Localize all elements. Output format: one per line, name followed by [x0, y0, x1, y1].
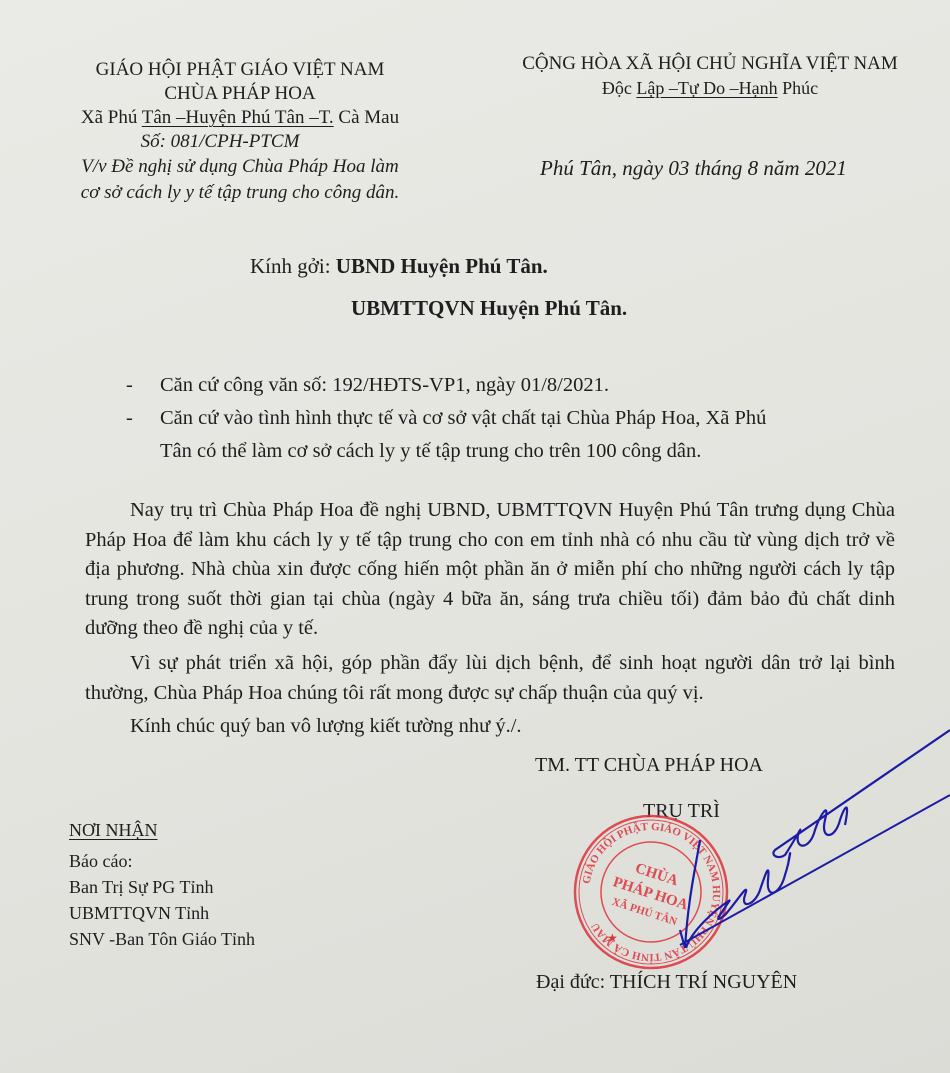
motto-prefix: Độc — [602, 78, 637, 98]
distribution-item: SNV -Ban Tôn Giáo Tỉnh — [69, 929, 255, 950]
request-paragraph: Nay trụ trì Chùa Pháp Hoa đề nghị UBND, … — [85, 496, 895, 644]
request-text: Nay trụ trì Chùa Pháp Hoa đề nghị UBND, … — [85, 499, 895, 639]
recipient-2: UBMTTQVN Huyện Phú Tân. — [351, 296, 627, 321]
motto-underlined: Lập –Tự Do –Hạnh — [636, 78, 777, 98]
subject-line-2: cơ sở cách ly y tế tập trung cho công dâ… — [30, 180, 450, 206]
subject-line-1: V/v Đề nghị sử dụng Chùa Pháp Hoa làm — [30, 154, 450, 180]
address-underlined: Tân –Huyện Phú Tân –T. — [142, 107, 334, 128]
salutation: Kính gởi: — [250, 254, 336, 278]
purpose-text: Vì sự phát triển xã hội, góp phần đẩy lù… — [85, 652, 895, 704]
national-header: CỘNG HÒA XÃ HỘI CHỦ NGHĨA VIỆT NAM Độc L… — [470, 52, 950, 100]
basis-2-line-2: Tân có thể làm cơ sở cách ly y tế tập tr… — [160, 436, 701, 466]
address-suffix: Cà Mau — [334, 107, 399, 128]
recipient-line-1: Kính gởi: UBND Huyện Phú Tân. — [250, 254, 548, 279]
bullet-dash: - — [126, 403, 133, 433]
bullet-dash: - — [126, 370, 133, 400]
purpose-paragraph: Vì sự phát triển xã hội, góp phần đẩy lù… — [85, 648, 895, 708]
distribution-item: Báo cáo: — [69, 851, 132, 872]
country-name: CỘNG HÒA XÃ HỘI CHỦ NGHĨA VIỆT NAM — [470, 52, 950, 76]
temple-name: CHÙA PHÁP HOA — [30, 82, 450, 106]
basis-2-line-1: Căn cứ vào tình hình thực tế và cơ sở vậ… — [160, 403, 766, 433]
national-motto: Độc Lập –Tự Do –Hạnh Phúc — [470, 76, 950, 100]
closing-wish: Kính chúc quý ban vô lượng kiết tường nh… — [130, 711, 522, 741]
document-number: Số: 081/CPH-PTCM — [0, 130, 450, 154]
distribution-heading: NƠI NHẬN — [69, 820, 158, 841]
date-line: Phú Tân, ngày 03 tháng 8 năm 2021 — [540, 156, 847, 181]
signatory-name: Đại đức: THÍCH TRÍ NGUYÊN — [536, 971, 797, 994]
handwritten-signature — [620, 700, 950, 960]
sender-header: GIÁO HỘI PHẬT GIÁO VIỆT NAM CHÙA PHÁP HO… — [30, 58, 450, 206]
distribution-item: Ban Trị Sự PG Tỉnh — [69, 877, 213, 898]
organization-name: GIÁO HỘI PHẬT GIÁO VIỆT NAM — [30, 58, 450, 82]
seal-star-icon: ★ — [607, 931, 618, 945]
motto-suffix: Phúc — [778, 78, 819, 98]
address-prefix: Xã Phú — [81, 107, 142, 128]
sender-address: Xã Phú Tân –Huyện Phú Tân –T. Cà Mau — [30, 106, 450, 130]
recipient-1: UBND Huyện Phú Tân. — [336, 254, 548, 278]
basis-1-line-1: Căn cứ công văn số: 192/HĐTS-VP1, ngày 0… — [160, 370, 609, 400]
distribution-item: UBMTTQVN Tỉnh — [69, 903, 209, 924]
